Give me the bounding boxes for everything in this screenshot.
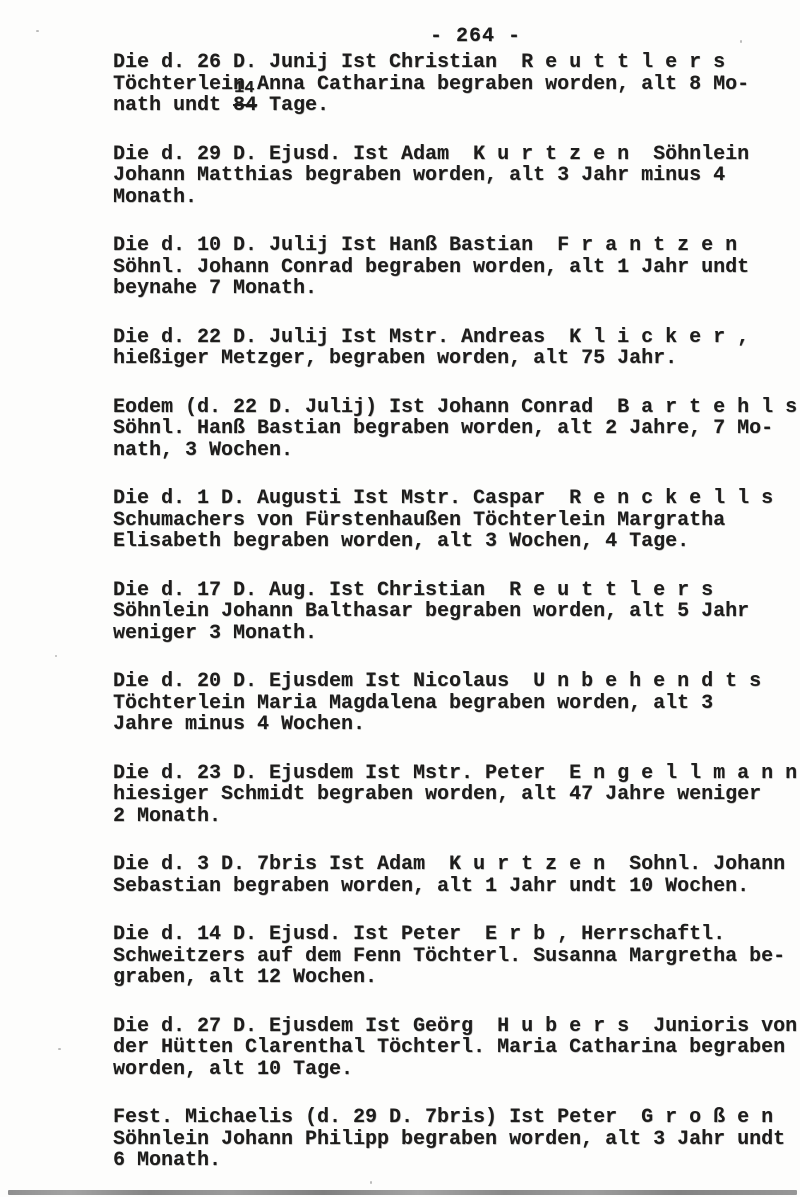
entry-line: Die d. 20 D. Ejusdem Ist Nicolaus U n b … <box>113 671 738 693</box>
entry-line: beynahe 7 Monath. <box>113 278 738 300</box>
scanned-document-page: - 264 - Die d. 26 D. Junij Ist Christian… <box>0 0 800 1197</box>
scan-speck <box>58 1048 61 1050</box>
entry-line: Töchterlein Maria Magdalena begraben wor… <box>113 693 738 715</box>
inserted-number: 14 <box>234 80 254 97</box>
entry-line: hießiger Metzger, begraben worden, alt 7… <box>113 348 738 370</box>
scan-speck <box>55 655 57 657</box>
entry-line: Die d. 23 D. Ejusdem Ist Mstr. Peter E n… <box>113 763 738 785</box>
scan-speck <box>168 599 170 601</box>
entry-line: Söhnl. Johann Conrad begraben worden, al… <box>113 257 738 279</box>
entry-line: Die d. 10 D. Julij Ist Hanß Bastian F r … <box>113 235 738 257</box>
entry-text: nath undt <box>113 94 233 117</box>
entry-line: graben, alt 12 Wochen. <box>113 967 738 989</box>
entry-text: Tage. <box>257 94 329 117</box>
entry-line: Monath. <box>113 187 738 209</box>
entry-line: Die d. 29 D. Ejusd. Ist Adam K u r t z e… <box>113 144 738 166</box>
entry-line: Jahre minus 4 Wochen. <box>113 714 738 736</box>
page-number: - 264 - <box>430 25 520 48</box>
burial-entry: Die d. 23 D. Ejusdem Ist Mstr. Peter E n… <box>113 763 738 828</box>
burial-entry: Die d. 3 D. 7bris Ist Adam K u r t z e n… <box>113 854 738 897</box>
burial-entry: Die d. 22 D. Julij Ist Mstr. Andreas K l… <box>113 327 738 370</box>
entry-line: Schumachers von Fürstenhaußen Töchterlei… <box>113 510 738 532</box>
burial-entry: Die d. 1 D. Augusti Ist Mstr. Caspar R e… <box>113 488 738 553</box>
scan-speck <box>370 1181 372 1184</box>
entry-line: nath undt 8414 Tage. <box>113 95 738 117</box>
burial-entry: Die d. 27 D. Ejusdem Ist Geörg H u b e r… <box>113 1016 738 1081</box>
burial-entry: Fest. Michaelis (d. 29 D. 7bris) Ist Pet… <box>113 1107 738 1172</box>
entry-line: Die d. 14 D. Ejusd. Ist Peter E r b , He… <box>113 924 738 946</box>
entry-line: Söhnlein Johann Balthasar begraben worde… <box>113 601 738 623</box>
burial-entry: Die d. 17 D. Aug. Ist Christian R e u t … <box>113 580 738 645</box>
entry-line: Die d. 3 D. 7bris Ist Adam K u r t z e n… <box>113 854 738 876</box>
entry-line: Söhnl. Hanß Bastian begraben worden, alt… <box>113 418 738 440</box>
entry-line: Die d. 1 D. Augusti Ist Mstr. Caspar R e… <box>113 488 738 510</box>
entry-line: Johann Matthias begraben worden, alt 3 J… <box>113 165 738 187</box>
entry-line: Die d. 27 D. Ejusdem Ist Geörg H u b e r… <box>113 1016 738 1038</box>
entry-line: nath, 3 Wochen. <box>113 440 738 462</box>
burial-entry: Die d. 14 D. Ejusd. Ist Peter E r b , He… <box>113 924 738 989</box>
burial-entry: Die d. 10 D. Julij Ist Hanß Bastian F r … <box>113 235 738 300</box>
scan-speck <box>740 40 742 43</box>
entry-line: Sebastian begraben worden, alt 1 Jahr un… <box>113 876 738 898</box>
scan-artifact-bottom-bar <box>8 1190 797 1195</box>
burial-entry: Eodem (d. 22 D. Julij) Ist Johann Conrad… <box>113 397 738 462</box>
burial-entry: Die d. 26 D. Junij Ist Christian R e u t… <box>113 52 738 117</box>
entry-line: Die d. 22 D. Julij Ist Mstr. Andreas K l… <box>113 327 738 349</box>
typed-correction: 8414 <box>233 95 257 117</box>
entry-line: Fest. Michaelis (d. 29 D. 7bris) Ist Pet… <box>113 1107 738 1129</box>
entry-line: 6 Monath. <box>113 1150 738 1172</box>
entry-line: Elisabeth begraben worden, alt 3 Wochen,… <box>113 531 738 553</box>
entry-line: 2 Monath. <box>113 806 738 828</box>
entry-line: Die d. 17 D. Aug. Ist Christian R e u t … <box>113 580 738 602</box>
entry-line: hiesiger Schmidt begraben worden, alt 47… <box>113 784 738 806</box>
entry-line: worden, alt 10 Tage. <box>113 1059 738 1081</box>
entry-line: Töchterlein Anna Catharina begraben word… <box>113 74 738 96</box>
scan-speck <box>36 30 39 32</box>
entry-line: Eodem (d. 22 D. Julij) Ist Johann Conrad… <box>113 397 738 419</box>
entry-line: Schweitzers auf dem Fenn Töchterl. Susan… <box>113 946 738 968</box>
entry-line: Die d. 26 D. Junij Ist Christian R e u t… <box>113 52 738 74</box>
entry-line: weniger 3 Monath. <box>113 623 738 645</box>
entry-line: der Hütten Clarenthal Töchterl. Maria Ca… <box>113 1037 738 1059</box>
entry-line: Söhnlein Johann Philipp begraben worden,… <box>113 1129 738 1151</box>
burial-entry: Die d. 20 D. Ejusdem Ist Nicolaus U n b … <box>113 671 738 736</box>
burial-register-entries: Die d. 26 D. Junij Ist Christian R e u t… <box>113 52 738 1197</box>
burial-entry: Die d. 29 D. Ejusd. Ist Adam K u r t z e… <box>113 144 738 209</box>
